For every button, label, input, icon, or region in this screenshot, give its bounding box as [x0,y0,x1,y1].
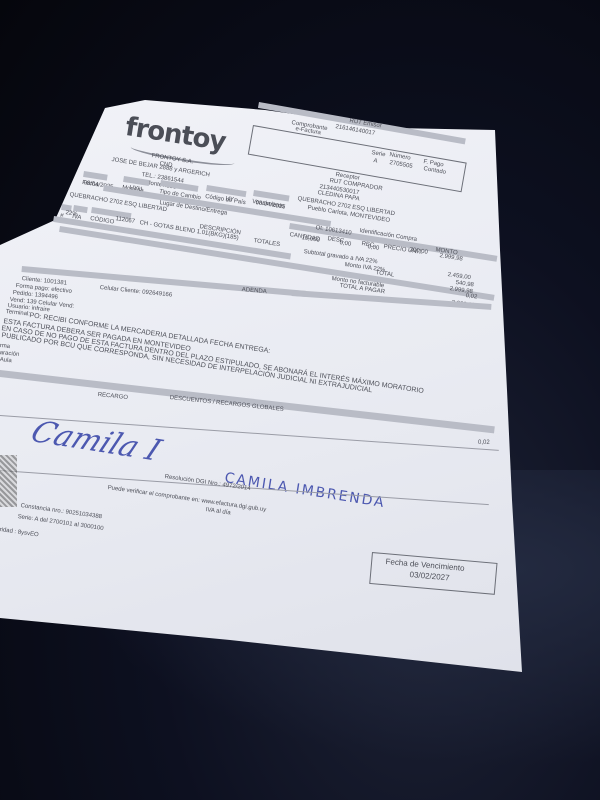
iva-al-dia: IVA al día [205,507,231,516]
total-label: Subtotal gravado a IVA 22% [303,249,378,265]
adenda-label: ADENDA [241,287,266,295]
descuentos-value: 0,02 [478,440,490,446]
adenda-line: Terminal: [5,309,30,318]
left-label: Aula [0,357,12,364]
item-code: 112067 [115,216,135,225]
item-iva: 22% [65,210,78,218]
item-disc: 0,00 [339,240,351,248]
total-value: 0,02 [465,293,477,301]
qr-code-icon [0,455,17,507]
invoice-content: frontoy FRONTOY S.A. CND JOSE DE BEJAR 2… [0,0,600,800]
seguridad-text: ridad : 8ysvEO [0,527,39,538]
recargo-label: RECARGO [97,392,128,401]
left-label: rma [0,343,10,350]
signature-cursive: Camila I [25,415,166,468]
field-label-fecha: Fecha [83,171,108,181]
adenda-line: Celular Cliente: 092649166 [99,285,172,299]
totales-label: TOTALES [253,238,280,248]
field-value-codigo-pais: UY [225,196,234,203]
item-rec: 0,00 [367,244,379,252]
